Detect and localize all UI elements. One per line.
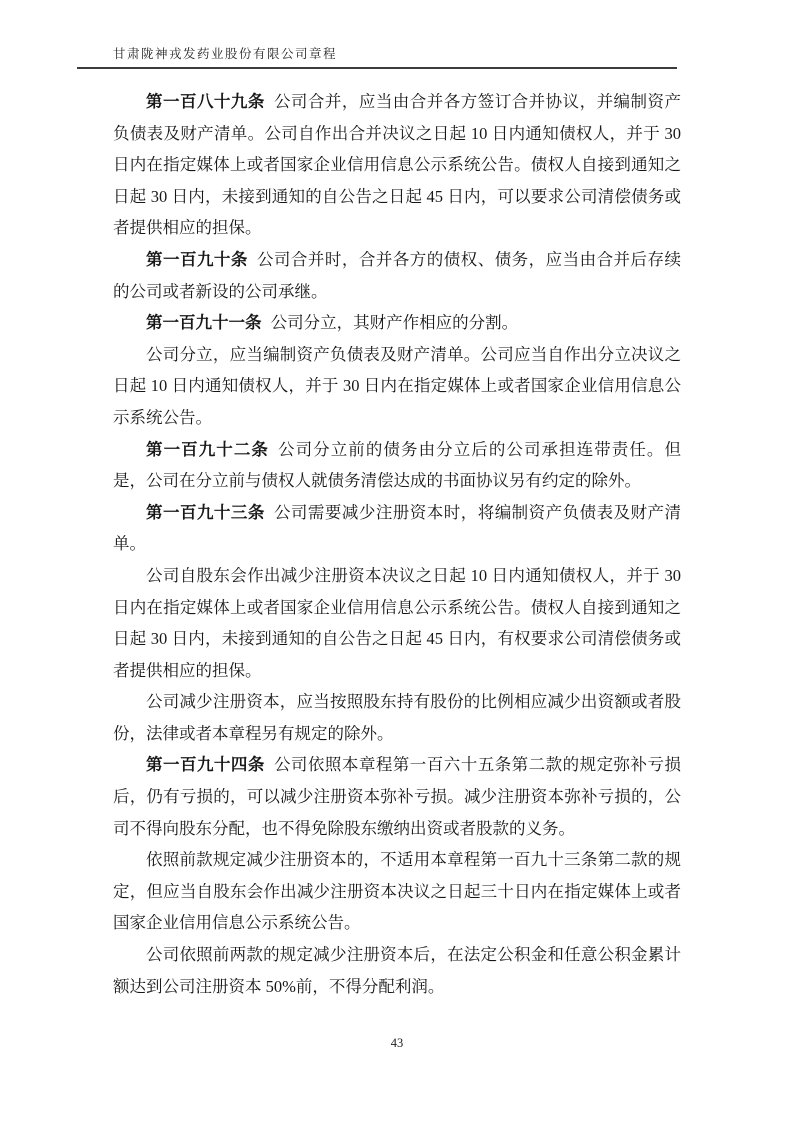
paragraph-article-193-clause-2: 公司自股东会作出减少注册资本决议之日起 10 日内通知债权人，并于 30 日内在… xyxy=(113,560,681,686)
paragraph-article-194-clause-3: 公司依照前两款的规定减少注册资本后，在法定公积金和任意公积金累计额达到公司注册资… xyxy=(113,939,681,1002)
paragraph-text: 公司合并，应当由合并各方签订合并协议，并编制资产负债表及财产清单。公司自作出合并… xyxy=(113,92,681,237)
paragraph-text: 公司自股东会作出减少注册资本决议之日起 10 日内通知债权人，并于 30 日内在… xyxy=(113,566,681,680)
article-number-190: 第一百九十条 xyxy=(146,250,248,269)
paragraph-article-193-clause-3: 公司减少注册资本，应当按照股东持有股份的比例相应减少出资额或者股份，法律或者本章… xyxy=(113,686,681,749)
document-body: 第一百八十九条公司合并，应当由合并各方签订合并协议，并编制资产负债表及财产清单。… xyxy=(113,86,681,1002)
page-number: 43 xyxy=(391,1036,404,1050)
paragraph-article-189: 第一百八十九条公司合并，应当由合并各方签订合并协议，并编制资产负债表及财产清单。… xyxy=(113,86,681,244)
page-header: 甘肃陇神戎发药业股份有限公司章程 xyxy=(77,44,677,69)
page-footer: 43 xyxy=(0,1034,794,1052)
paragraph-text: 公司分立，应当编制资产负债表及财产清单。公司应当自作出分立决议之日起 10 日内… xyxy=(113,345,681,427)
article-number-192: 第一百九十二条 xyxy=(146,440,269,459)
paragraph-article-193: 第一百九十三条公司需要减少注册资本时，将编制资产负债表及财产清单。 xyxy=(113,497,681,560)
paragraph-article-194-clause-2: 依照前款规定减少注册资本的，不适用本章程第一百九十三条第二款的规定，但应当自股东… xyxy=(113,844,681,939)
article-number-191: 第一百九十一条 xyxy=(146,313,262,332)
article-number-189: 第一百八十九条 xyxy=(146,92,265,111)
paragraph-text: 依照前款规定减少注册资本的，不适用本章程第一百九十三条第二款的规定，但应当自股东… xyxy=(113,850,681,932)
paragraph-text: 公司分立，其财产作相应的分割。 xyxy=(271,313,519,332)
paragraph-text: 公司减少注册资本，应当按照股东持有股份的比例相应减少出资额或者股份，法律或者本章… xyxy=(113,692,681,743)
article-number-193: 第一百九十三条 xyxy=(146,503,265,522)
paragraph-article-191: 第一百九十一条公司分立，其财产作相应的分割。 xyxy=(113,307,681,339)
paragraph-article-190: 第一百九十条公司合并时，合并各方的债权、债务，应当由合并后存续的公司或者新设的公… xyxy=(113,244,681,307)
paragraph-article-194: 第一百九十四条公司依照本章程第一百六十五条第二款的规定弥补亏损后，仍有亏损的，可… xyxy=(113,749,681,844)
article-number-194: 第一百九十四条 xyxy=(146,755,265,774)
paragraph-article-192: 第一百九十二条公司分立前的债务由分立后的公司承担连带责任。但是，公司在分立前与债… xyxy=(113,434,681,497)
paragraph-article-191-clause-2: 公司分立，应当编制资产负债表及财产清单。公司应当自作出分立决议之日起 10 日内… xyxy=(113,339,681,434)
paragraph-text: 公司依照前两款的规定减少注册资本后，在法定公积金和任意公积金累计额达到公司注册资… xyxy=(113,945,681,996)
document-page: 甘肃陇神戎发药业股份有限公司章程 第一百八十九条公司合并，应当由合并各方签订合并… xyxy=(0,0,794,1122)
header-title: 甘肃陇神戎发药业股份有限公司章程 xyxy=(113,44,677,62)
